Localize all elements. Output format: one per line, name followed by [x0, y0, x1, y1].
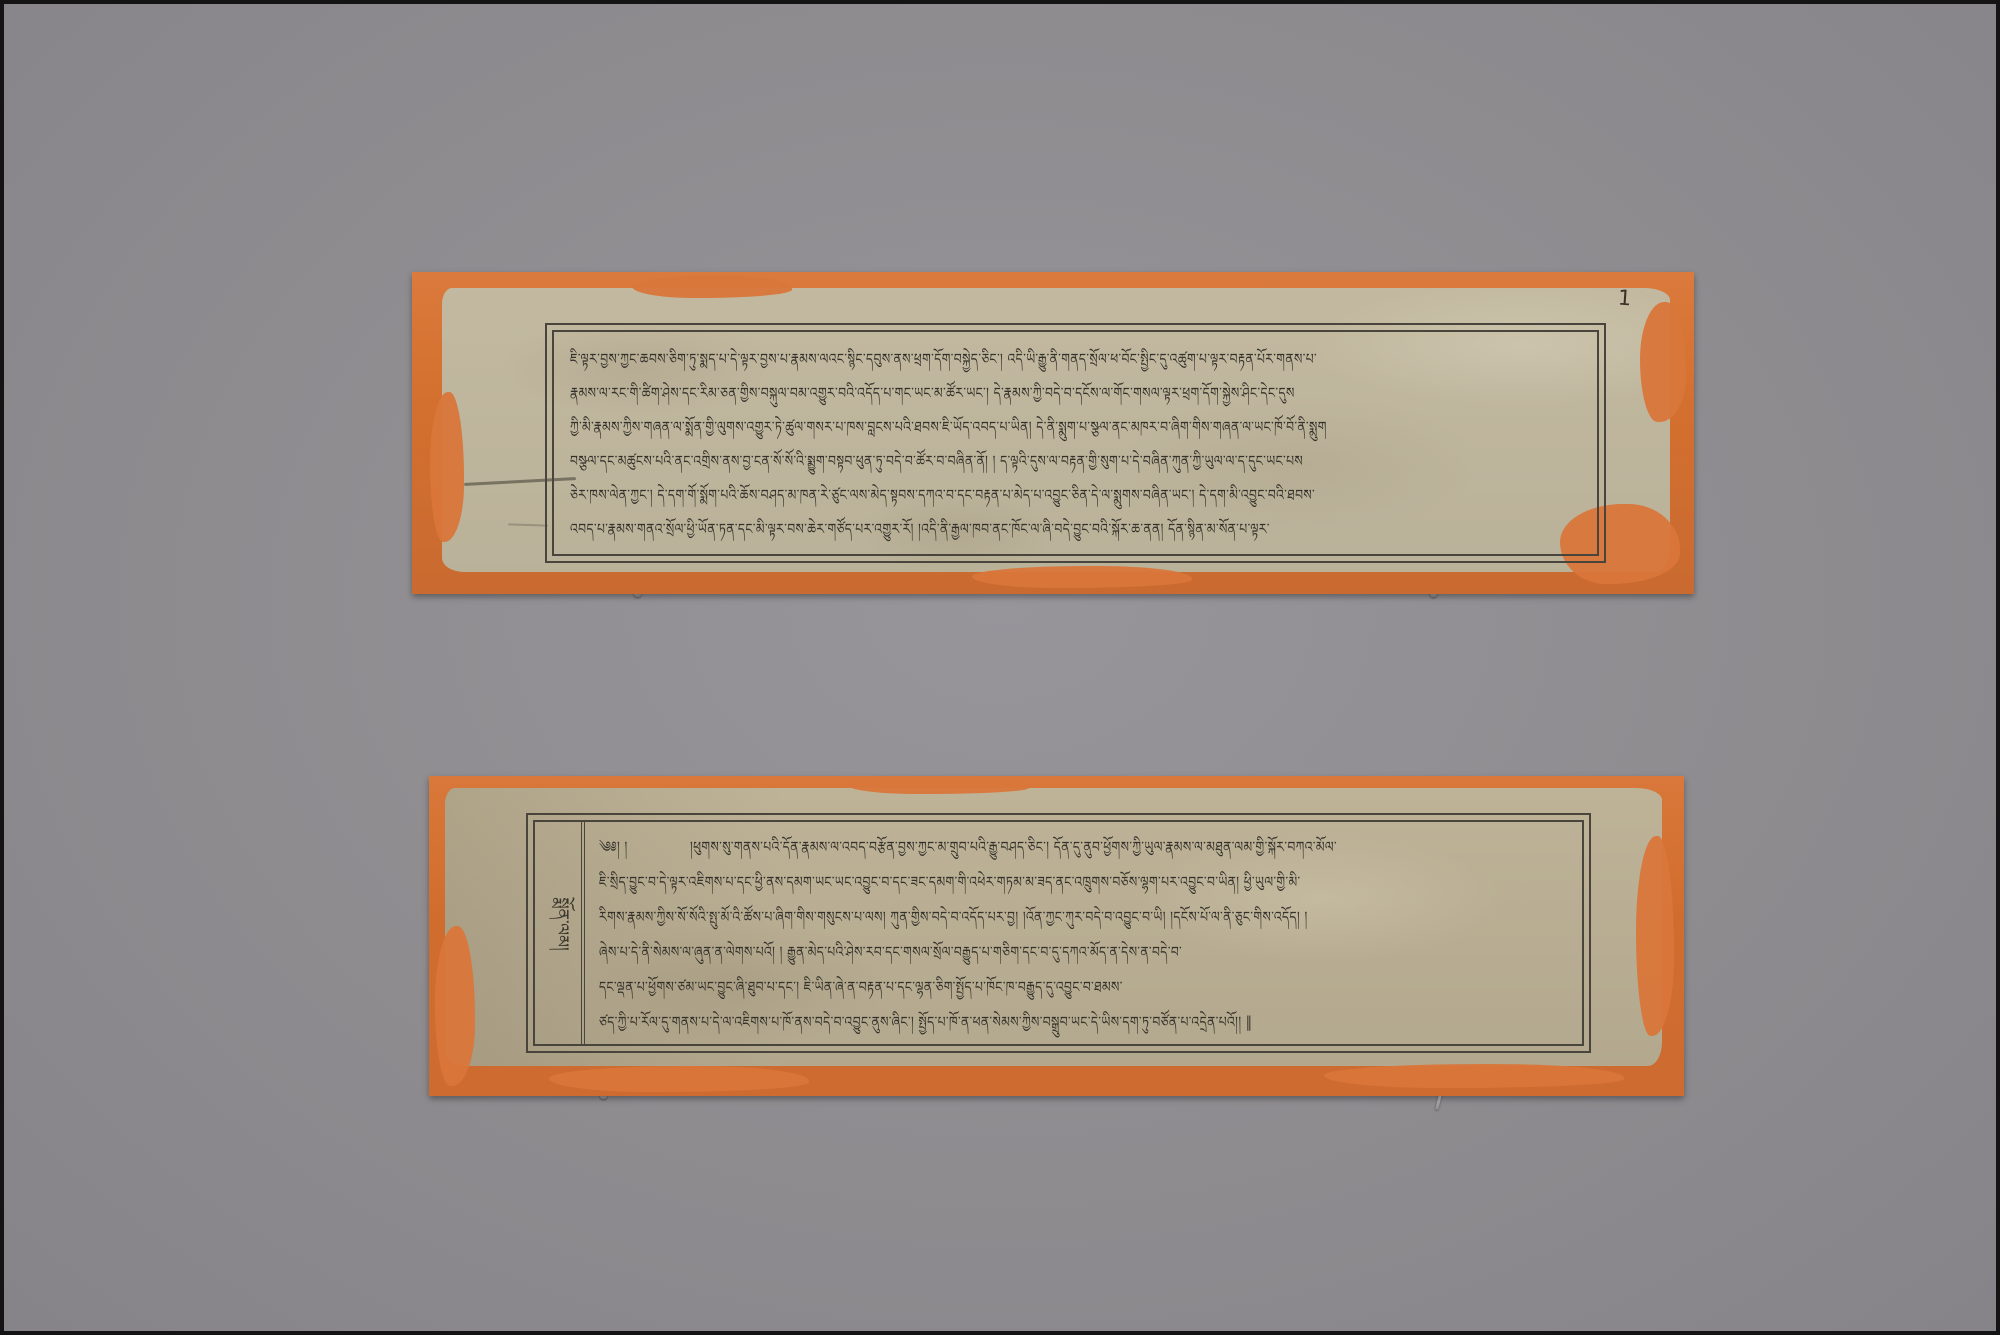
- text-line: ཇི་སྲིད་བྱུང་བ་དེ་ལྟར་འཇིགས་པ་དང་ཕྱི་ནས་…: [599, 865, 1570, 900]
- text-line: ཅེར་ཁས་ལེན་ཀྱང་། དེ་དག་གོ་སྨོག་པའི་ཆོས་བ…: [570, 478, 1585, 512]
- edge-stain: [849, 778, 1029, 794]
- text-line: དང་ལྡན་པ་ཕྱོགས་ཙམ་ཡང་བྱུང་ཞི་ཐུབ་པ་དང་། …: [599, 970, 1570, 1005]
- edge-stain: [435, 926, 475, 1086]
- folio-number: 1: [1617, 286, 1632, 311]
- margin-column: སྨོན་ལམ།: [535, 822, 585, 1044]
- edge-stain: [972, 566, 1192, 588]
- manuscript-leaf-lower: སྨོན་ལམ། ༄༅། །།ཕུགས་སུ་གནས་པའི་དོན་རྣམས་…: [429, 776, 1684, 1096]
- manuscript-leaf-upper: 1 ཇི་ལྟར་བྱས་ཀྱང་ཆབས་ཅིག་ཏུ་སྨད་པ་དེ་ལྟར…: [412, 272, 1694, 594]
- text-line: བསྩལ་དང་མཚུངས་པའི་ནང་འགྲིས་ནས་བྱ་ངན་སོ་ས…: [570, 444, 1585, 478]
- text-line: ༄༅། །།ཕུགས་སུ་གནས་པའི་དོན་རྣམས་ལ་འབད་བརྩ…: [599, 830, 1570, 865]
- edge-stain: [430, 392, 464, 542]
- photo-backdrop: 1 ཇི་ལྟར་བྱས་ཀྱང་ཆབས་ཅིག་ཏུ་སྨད་པ་དེ་ལྟར…: [0, 0, 2000, 1335]
- edge-stain: [1636, 836, 1674, 1036]
- yig-mgo-ornament: ༄༅། །: [599, 830, 628, 865]
- edge-stain: [549, 1066, 809, 1092]
- text-frame: སྨོན་ལམ། ༄༅། །།ཕུགས་སུ་གནས་པའི་དོན་རྣམས་…: [533, 820, 1584, 1046]
- text-line: འབད་པ་རྣམས་གནའ་སྲོལ་ཕྱི་ཡོན་ཏན་དང་མི་ལྟར…: [570, 512, 1585, 546]
- text-line: རྣམས་ལ་རང་གི་ཚིག་ཤེས་དང་རིམ་ཅན་གྱིས་བསྐུ…: [570, 376, 1585, 410]
- text-block: ཇི་ལྟར་བྱས་ཀྱང་ཆབས་ཅིག་ཏུ་སྨད་པ་དེ་ལྟར་བ…: [570, 342, 1585, 546]
- text-line: ཇི་ལྟར་བྱས་ཀྱང་ཆབས་ཅིག་ཏུ་སྨད་པ་དེ་ལྟར་བ…: [570, 342, 1585, 376]
- text-line: ཀྱི་མི་རྣམས་ཀྱིས་གཞན་ལ་སྨོན་གྱི་ལུགས་འགྱ…: [570, 410, 1585, 444]
- edge-stain: [1324, 1064, 1624, 1088]
- text-line: རིགས་རྣམས་ཀྱིས་སོ་སོའི་སྤུ་མོ་འི་ཚོས་པ་ཞ…: [599, 900, 1570, 935]
- text-frame: ཇི་ལྟར་བྱས་ཀྱང་ཆབས་ཅིག་ཏུ་སྨད་པ་དེ་ལྟར་བ…: [552, 330, 1599, 556]
- edge-stain: [632, 276, 792, 298]
- edge-stain: [1640, 302, 1686, 422]
- margin-title: སྨོན་ལམ།: [534, 897, 582, 951]
- text-line: ཞེས་པ་དེ་ནི་སེམས་ལ་ཞུན་ན་ལེགས་པའོ། ། རྒྱ…: [599, 935, 1570, 970]
- text-block: ༄༅། །།ཕུགས་སུ་གནས་པའི་དོན་རྣམས་ལ་འབད་བརྩ…: [599, 830, 1570, 1040]
- text-line: ཙད་ཀྱི་པ་རོལ་དུ་གནས་པ་དེ་ལ་འཇིགས་པ་ཁོ་ནས…: [599, 1005, 1570, 1040]
